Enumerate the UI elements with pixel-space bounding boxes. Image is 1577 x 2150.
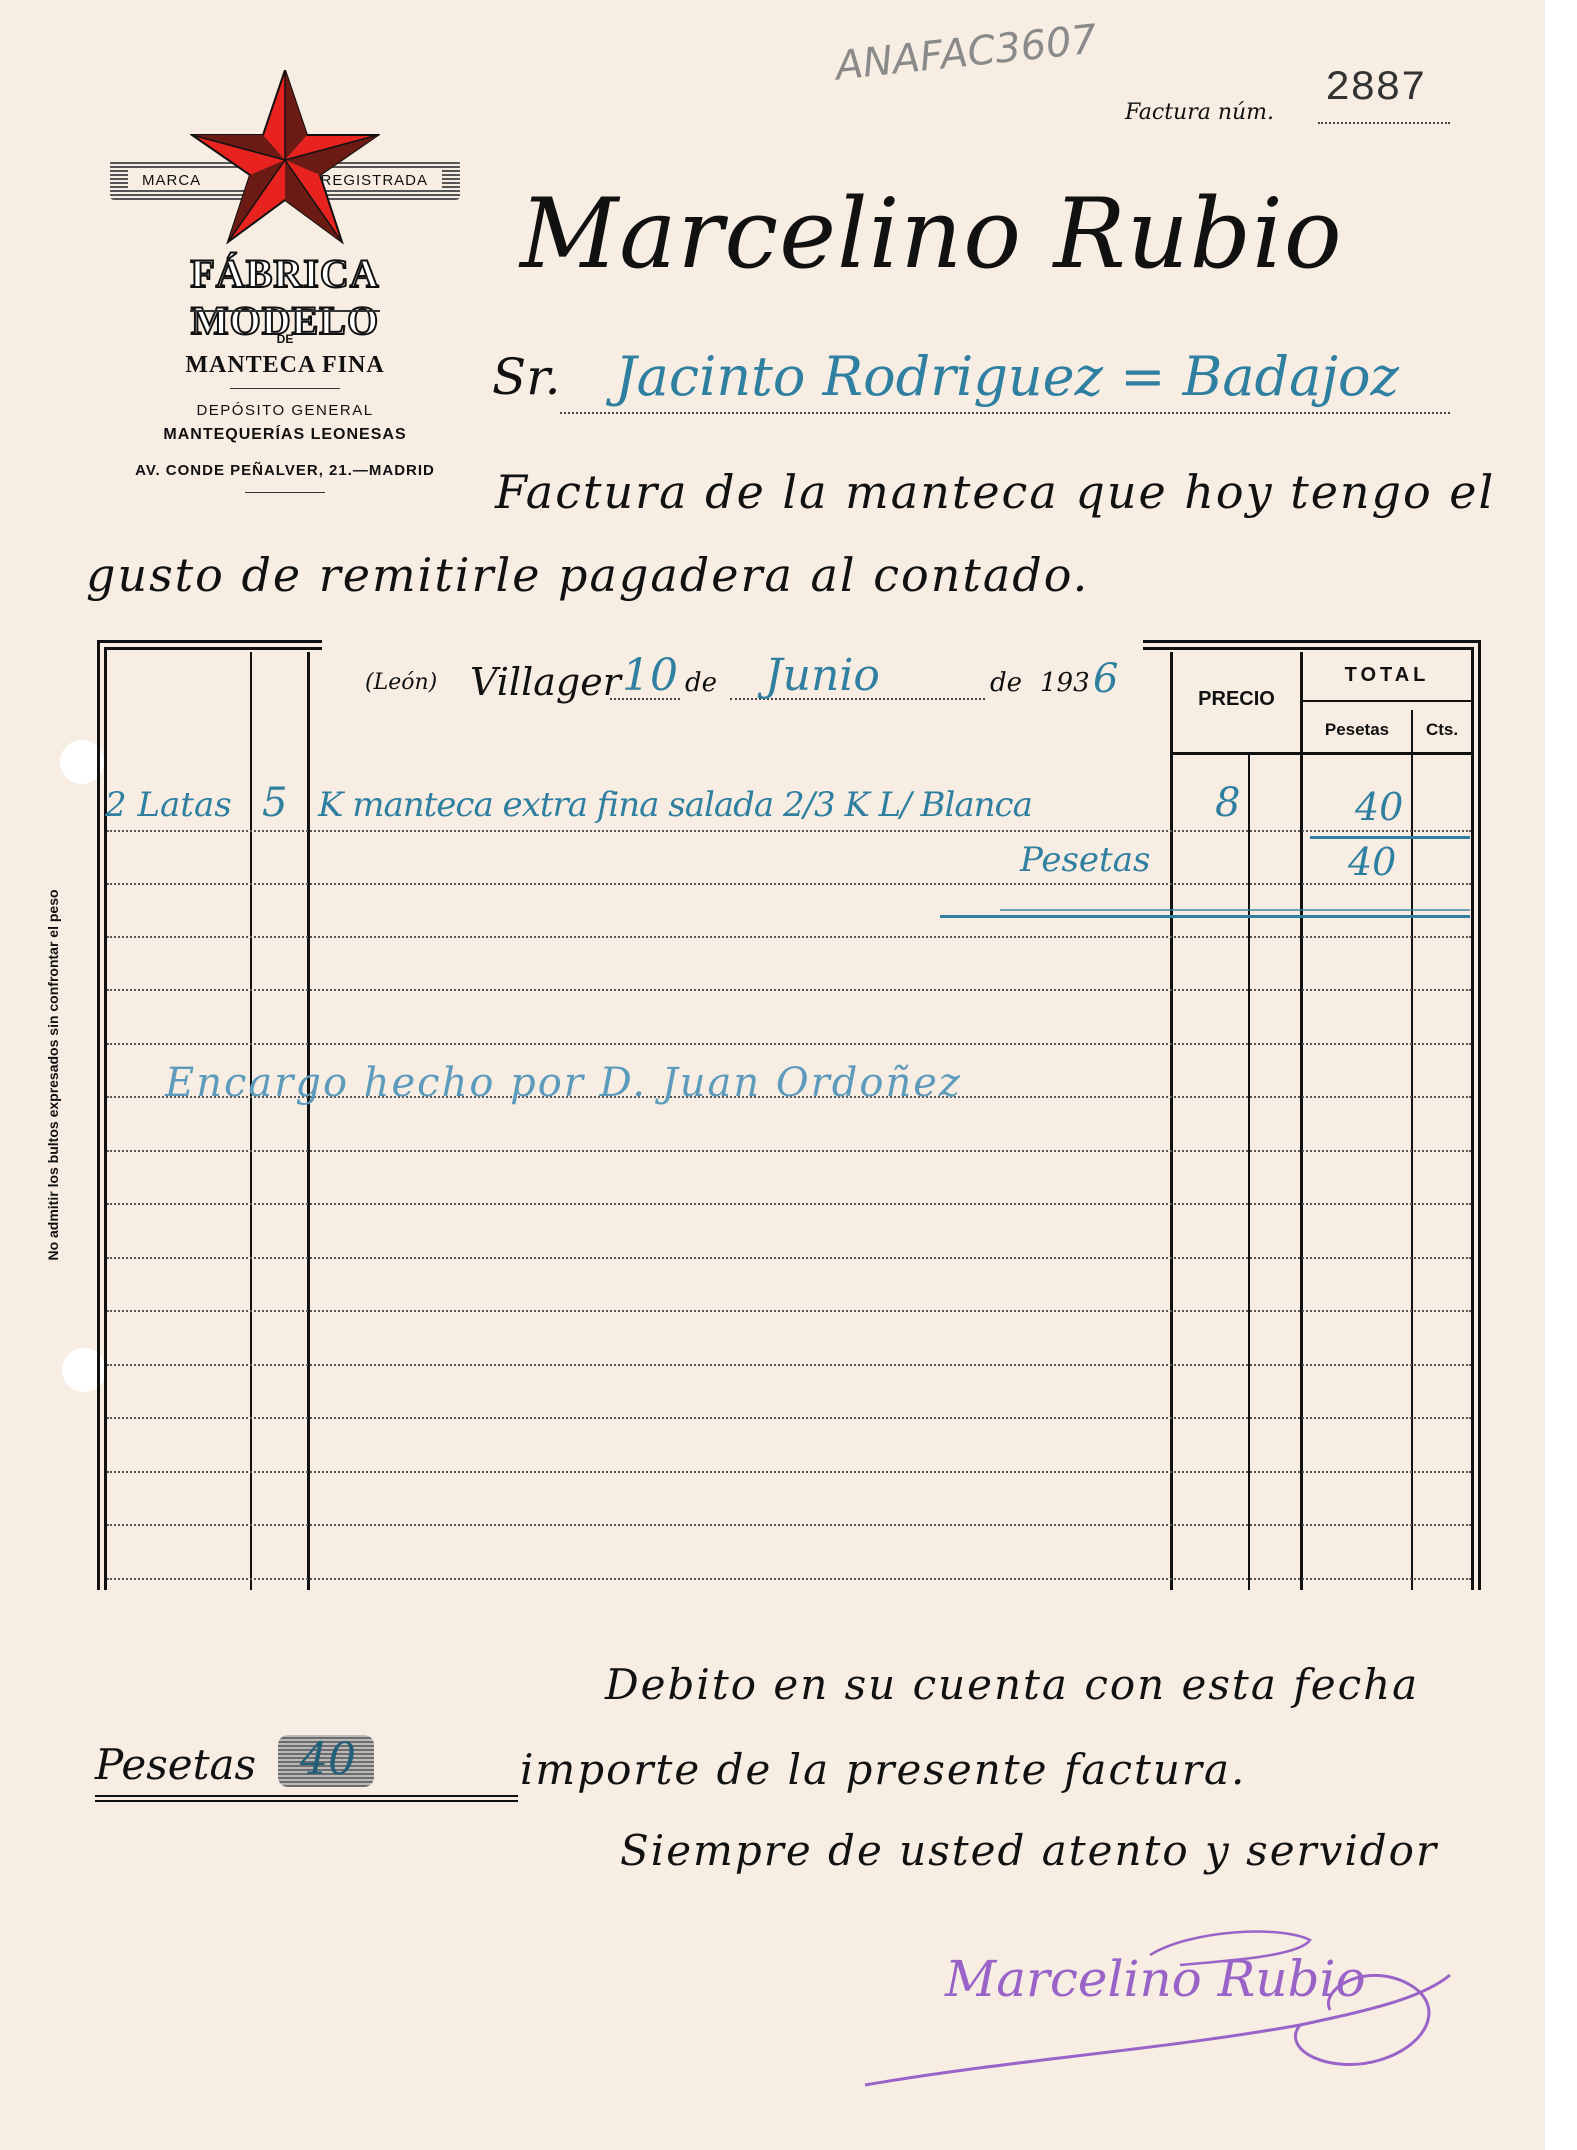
date-de-1: de <box>685 668 717 698</box>
row-rule <box>107 1364 1471 1366</box>
header-total: TOTAL <box>1303 664 1471 687</box>
salutation: Siempre de usted atento y servidor <box>620 1826 1438 1875</box>
cell-precio: 8 <box>1215 780 1240 826</box>
column-divider <box>1248 752 1250 1590</box>
table-border <box>1143 640 1481 643</box>
table-border <box>104 647 322 650</box>
logo-ornament <box>245 492 325 493</box>
importe-line: importe de la presente factura. <box>520 1745 1246 1794</box>
header-cts: Cts. <box>1413 720 1471 740</box>
recipient-name: Jacinto Rodriguez = Badajoz <box>615 345 1399 408</box>
row-rule <box>107 1310 1471 1312</box>
logo-deposito: DEPÓSITO GENERAL <box>100 402 470 419</box>
row-rule <box>107 1203 1471 1205</box>
row-rule <box>107 1043 1471 1045</box>
logo-fabrica-modelo: FÁBRICA MODELO <box>130 250 440 344</box>
logo-manteca-fina: MANTECA FINA <box>100 352 470 379</box>
date-year-suffix: 6 <box>1093 656 1118 702</box>
debit-line: Debito en su cuenta con esta fecha <box>605 1660 1419 1709</box>
red-star-icon <box>190 70 380 250</box>
logo-company: MANTEQUERÍAS LEONESAS <box>100 426 470 444</box>
merchant-name: Marcelino Rubio <box>520 178 1343 290</box>
row-rule <box>107 936 1471 938</box>
table-border <box>1471 647 1474 1590</box>
row-rule <box>107 830 1471 832</box>
table-border <box>97 640 322 643</box>
invoice-number-dotline <box>1318 122 1450 124</box>
recipient-prefix: Sr. <box>492 348 561 406</box>
order-note: Encargo hecho por D. Juan Ordoñez <box>165 1060 962 1106</box>
column-divider <box>307 652 310 1590</box>
date-town: Villager <box>470 660 621 704</box>
column-divider <box>250 652 252 1590</box>
row-rule <box>107 1471 1471 1473</box>
subtotal-rule <box>1310 836 1470 839</box>
company-logo: MARCA REGISTRADA FÁBRICA MODELO DE MANTE… <box>100 70 470 500</box>
date-de-2: de <box>990 668 1022 698</box>
row-rule <box>107 1257 1471 1259</box>
cell-cantidad: 5 <box>262 780 287 826</box>
header-pesetas: Pesetas <box>1303 720 1411 740</box>
invoice-number-label: Factura núm. <box>1125 100 1274 125</box>
total-rule <box>940 915 1470 918</box>
intro-line-2: gusto de remitirle pagadera al contado. <box>86 548 1089 602</box>
date-year-prefix: 193 <box>1040 668 1090 698</box>
amount-value: 40 <box>300 1734 356 1785</box>
scan-margin <box>1545 0 1577 2150</box>
cell-descripcion: K manteca extra fina salada 2/3 K L/ Bla… <box>318 785 1032 825</box>
column-divider <box>1300 652 1303 1590</box>
logo-ornament <box>190 310 380 312</box>
intro-line-1: Factura de la manteca que hoy tengo el <box>495 465 1495 519</box>
cell-descripcion: Pesetas <box>1020 840 1150 880</box>
date-month: Junio <box>765 650 880 701</box>
amount-underline <box>95 1800 518 1802</box>
logo-address: AV. CONDE PEÑALVER, 21.—MADRID <box>90 462 480 479</box>
table-border <box>1478 640 1481 1590</box>
row-rule <box>107 989 1471 991</box>
row-rule <box>107 1524 1471 1526</box>
cell-pesetas: 40 <box>1355 785 1403 829</box>
table-border <box>1143 647 1473 650</box>
amount-underline <box>95 1795 518 1797</box>
row-rule <box>107 1150 1471 1152</box>
total-rule <box>1000 909 1470 911</box>
header-rule <box>1303 700 1471 702</box>
cell-bultos: 2 Latas <box>105 785 232 825</box>
table-border <box>97 640 100 1590</box>
amount-label: Pesetas <box>95 1740 256 1789</box>
invoice-number: 2887 <box>1325 64 1426 112</box>
row-rule <box>107 1417 1471 1419</box>
row-rule <box>107 883 1471 885</box>
side-notice: No admitir los bultos expresados sin con… <box>45 845 65 1305</box>
signature-flourish-icon <box>860 1900 1460 2100</box>
recipient-dotline <box>560 412 1450 414</box>
logo-de: DE <box>100 332 470 346</box>
date-day: 10 <box>622 650 678 701</box>
cell-pesetas: 40 <box>1348 840 1396 884</box>
column-divider <box>1170 652 1173 1590</box>
header-precio: PRECIO <box>1173 688 1300 711</box>
header-rule <box>1173 752 1471 755</box>
date-province: (León) <box>365 670 437 695</box>
logo-ornament <box>230 388 340 389</box>
row-rule <box>107 1578 1471 1580</box>
